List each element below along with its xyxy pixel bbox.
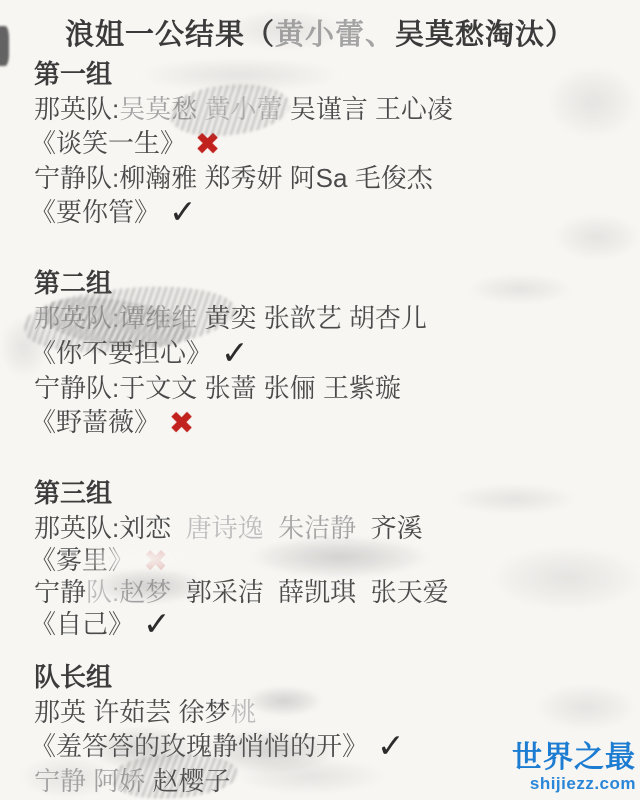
song-title: 《要你管》 bbox=[30, 197, 160, 227]
smudge-mark bbox=[0, 316, 48, 378]
song-title: 《野蔷薇》 bbox=[30, 407, 160, 437]
smudge-mark bbox=[20, 756, 115, 798]
group-heading: 第三组 bbox=[34, 476, 112, 510]
smudge-mark bbox=[250, 536, 430, 578]
member-names: 宁静队:柳瀚雅 郑秀妍 阿Sa 毛俊杰 bbox=[34, 163, 433, 193]
member-names: 郭采洁 薛凯琪 张天爱 bbox=[186, 577, 449, 607]
smudge-mark bbox=[452, 484, 576, 514]
title-text-tail: 吴莫愁淘汰） bbox=[395, 19, 575, 51]
team-line: 那英 许茹芸 徐梦桃 bbox=[34, 695, 256, 729]
watermark: 世界之最 shijiezz.com bbox=[512, 741, 636, 793]
fail-cross-icon: ✖ bbox=[169, 406, 192, 441]
team-label: 那英队: bbox=[34, 94, 119, 124]
team-line: 宁静队:于文文 张蔷 张俪 王紫璇 bbox=[34, 371, 401, 405]
smudge-mark bbox=[235, 758, 385, 794]
group-heading: 第一组 bbox=[34, 57, 112, 91]
smudge-mark bbox=[90, 568, 208, 604]
smudge-mark bbox=[554, 214, 640, 260]
watermark-site-url: shijiezz.com bbox=[512, 774, 636, 793]
watermark-logo-text: 世界之最 bbox=[512, 741, 636, 774]
group-heading: 队长组 bbox=[34, 660, 112, 694]
team-line: 宁静队:柳瀚雅 郑秀妍 阿Sa 毛俊杰 bbox=[34, 161, 433, 195]
pass-check-icon: ✓ bbox=[169, 192, 197, 231]
results-image: 浪姐一公结果（黄小蕾、吴莫愁淘汰） 第一组 那英队:吴莫愁 黄小蕾 吴谨言 王心… bbox=[0, 0, 640, 800]
smudge-mark bbox=[225, 10, 345, 50]
pass-check-icon: ✓ bbox=[377, 726, 405, 765]
song-line: 《要你管》✓ bbox=[30, 195, 197, 229]
smudge-mark bbox=[246, 686, 322, 716]
ink-mark bbox=[0, 26, 9, 66]
smudge-mark bbox=[492, 546, 640, 610]
team-label: 宁静 bbox=[34, 577, 86, 607]
smudge-mark bbox=[468, 274, 572, 304]
pass-check-icon: ✓ bbox=[221, 333, 249, 372]
pass-check-icon: ✓ bbox=[143, 604, 171, 643]
song-line: 《自己》✓ bbox=[30, 607, 171, 641]
member-names: 吴谨言 王心凌 bbox=[290, 94, 453, 124]
member-names: 那英 许茹芸 徐梦 bbox=[34, 697, 230, 727]
team-label: 那英队:刘恋 bbox=[34, 513, 186, 543]
smudge-mark bbox=[548, 66, 638, 138]
member-names: 宁静队:于文文 张蔷 张俪 王紫璇 bbox=[34, 373, 401, 403]
song-title: 《谈笑一生》 bbox=[30, 128, 186, 158]
member-name-faded: 唐诗逸 bbox=[186, 513, 278, 543]
song-title: 《自己》 bbox=[30, 609, 134, 639]
song-line: 《野蔷薇》✖ bbox=[30, 405, 192, 441]
smudge-mark bbox=[536, 684, 636, 730]
